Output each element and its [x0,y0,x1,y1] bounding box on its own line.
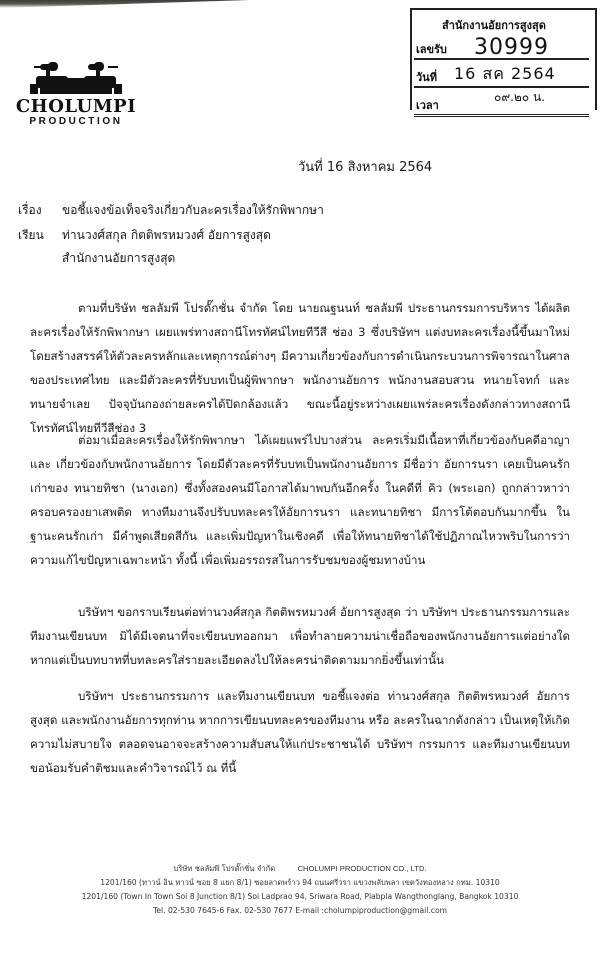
stamp-number-value: 30999 [474,35,549,60]
paragraph-1: ตามที่บริษัท ชลลัมพี โปรดั๊กชั่น จำกัด โ… [30,296,570,440]
footer-address-th: 1201/160 (ทาวน์ อิน ทาวน์ ซอย 8 แยก 8/1)… [0,876,600,890]
subject-value: ขอชี้แจงข้อเท็จจริงเกี่ยวกับละครเรื่องให… [62,201,324,220]
footer-contact: Tel. 02-530 7645-6 Fax. 02-530 7677 E-ma… [0,904,600,918]
recipient-label: เรียน [18,226,58,245]
paragraph-text: บริษัทฯ ขอกราบเรียนต่อท่านวงศ์สกุล กิตติ… [30,600,570,672]
letter-date: วันที่ 16 สิงหาคม 2564 [298,156,432,177]
recipient-name: ท่านวงศ์สกุล กิตติพรหมวงศ์ อัยการสูงสุด [62,226,271,245]
stamp-time-row: เวลา ๐๙.๒๐ น. [414,96,589,117]
subject-label: เรื่อง [18,201,58,220]
footer-company-en: CHOLUMPI PRODUCTION CO., LTD. [298,862,427,876]
logo-subtitle: PRODUCTION [12,116,140,127]
stamp-time-label: เวลา [416,96,439,114]
paragraph-4: บริษัทฯ ประธานกรรมการ และทีมงานเขียนบท ข… [30,684,570,780]
stamp-office: สำนักงานอัยการสูงสุด [442,16,546,34]
footer-company-th: บริษัท ชลลัมพี โปรดั๊กชั่น จำกัด [173,862,275,876]
film-camera-logo-icon [26,60,126,96]
recipient-office: สำนักงานอัยการสูงสุด [62,249,175,268]
paragraph-text: ต่อมาเมื่อละครเรื่องให้รักพิพากษา ได้เผย… [30,428,570,572]
company-logo: CHOLUMPI PRODUCTION [12,60,140,132]
stamp-number-row: เลขรับ 30999 [414,40,589,60]
logo-name: CHOLUMPI [12,96,140,117]
stamp-date-value: 16 สค 2564 [454,62,556,87]
stamp-date-label: วันที่ [416,68,437,86]
stamp-time-value: ๐๙.๒๐ น. [494,88,545,107]
footer-address-en: 1201/160 (Town In Town Soi 8 Junction 8/… [0,890,600,904]
stamp-date-row: วันที่ 16 สค 2564 [414,68,589,88]
paragraph-2: ต่อมาเมื่อละครเรื่องให้รักพิพากษา ได้เผย… [30,428,570,572]
paragraph-text: ตามที่บริษัท ชลลัมพี โปรดั๊กชั่น จำกัด โ… [30,296,570,440]
page-edge-shadow [0,0,250,8]
paragraph-3: บริษัทฯ ขอกราบเรียนต่อท่านวงศ์สกุล กิตติ… [30,600,570,672]
paragraph-text: บริษัทฯ ประธานกรรมการ และทีมงานเขียนบท ข… [30,684,570,780]
receiving-stamp: สำนักงานอัยการสูงสุด เลขรับ 30999 วันที่… [410,8,597,110]
footer-company-names: บริษัท ชลลัมพี โปรดั๊กชั่น จำกัด CHOLUMP… [0,862,600,876]
letterhead-footer: บริษัท ชลลัมพี โปรดั๊กชั่น จำกัด CHOLUMP… [0,862,600,918]
stamp-number-label: เลขรับ [416,40,447,58]
